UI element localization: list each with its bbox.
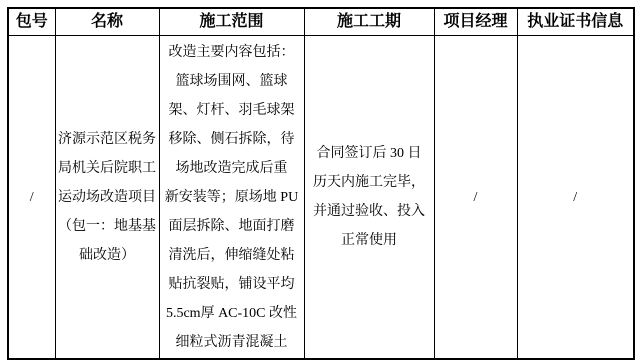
scope-line: 改造主要内容包括：: [160, 38, 304, 67]
project-name-line: 础改造）: [56, 241, 159, 270]
duration-line: 正常使用: [305, 226, 434, 255]
package-no-value: /: [9, 183, 55, 212]
project-name-line: 济源示范区税务: [56, 125, 159, 154]
duration-line: 合同签订后 30 日: [305, 139, 434, 168]
header-cert-info: 执业证书信息: [517, 8, 634, 36]
scope-line: 清洗后，伸缩缝处粘: [160, 241, 304, 270]
scope-line: 篮球场围网、篮球: [160, 67, 304, 96]
project-name-line: 运动场改造项目: [56, 183, 159, 212]
scope-line: 细粒式沥青混凝土: [160, 328, 304, 357]
cell-duration: 合同签订后 30 日 历天内施工完毕， 并通过验收、投入 正常使用: [304, 36, 434, 360]
cert-info-value: /: [518, 183, 634, 212]
cell-manager: /: [434, 36, 517, 360]
duration-line: 历天内施工完毕，: [305, 168, 434, 197]
document-page: 包号 名称 施工范围 施工工期 项目经理 执业证书信息 / 济源示范区税务 局机…: [0, 0, 640, 361]
header-duration: 施工工期: [304, 8, 434, 36]
table-row: / 济源示范区税务 局机关后院职工 运动场改造项目 （包一：地基基 础改造） 改…: [8, 36, 634, 360]
manager-value: /: [435, 183, 517, 212]
cell-package-no: /: [8, 36, 55, 360]
table-header-row: 包号 名称 施工范围 施工工期 项目经理 执业证书信息: [8, 8, 634, 36]
scope-line: 架、灯杆、羽毛球架: [160, 96, 304, 125]
tender-info-table: 包号 名称 施工范围 施工工期 项目经理 执业证书信息 / 济源示范区税务 局机…: [7, 7, 635, 360]
cell-cert-info: /: [517, 36, 634, 360]
duration-line: 并通过验收、投入: [305, 197, 434, 226]
cell-scope: 改造主要内容包括： 篮球场围网、篮球 架、灯杆、羽毛球架 移除、侧石拆除，待 场…: [159, 36, 304, 360]
project-name-line: 局机关后院职工: [56, 154, 159, 183]
cell-project-name: 济源示范区税务 局机关后院职工 运动场改造项目 （包一：地基基 础改造）: [55, 36, 159, 360]
header-manager: 项目经理: [434, 8, 517, 36]
project-name-line: （包一：地基基: [56, 212, 159, 241]
scope-line: 5.5cm厚 AC-10C 改性: [160, 299, 304, 328]
header-package-no: 包号: [8, 8, 55, 36]
scope-line: 场地改造完成后重: [160, 154, 304, 183]
scope-line: 面层拆除、地面打磨: [160, 212, 304, 241]
scope-line: 贴抗裂贴，铺设平均: [160, 270, 304, 299]
header-project-name: 名称: [55, 8, 159, 36]
header-scope: 施工范围: [159, 8, 304, 36]
scope-line: 移除、侧石拆除，待: [160, 125, 304, 154]
scope-line: 新安装等；原场地 PU: [160, 183, 304, 212]
